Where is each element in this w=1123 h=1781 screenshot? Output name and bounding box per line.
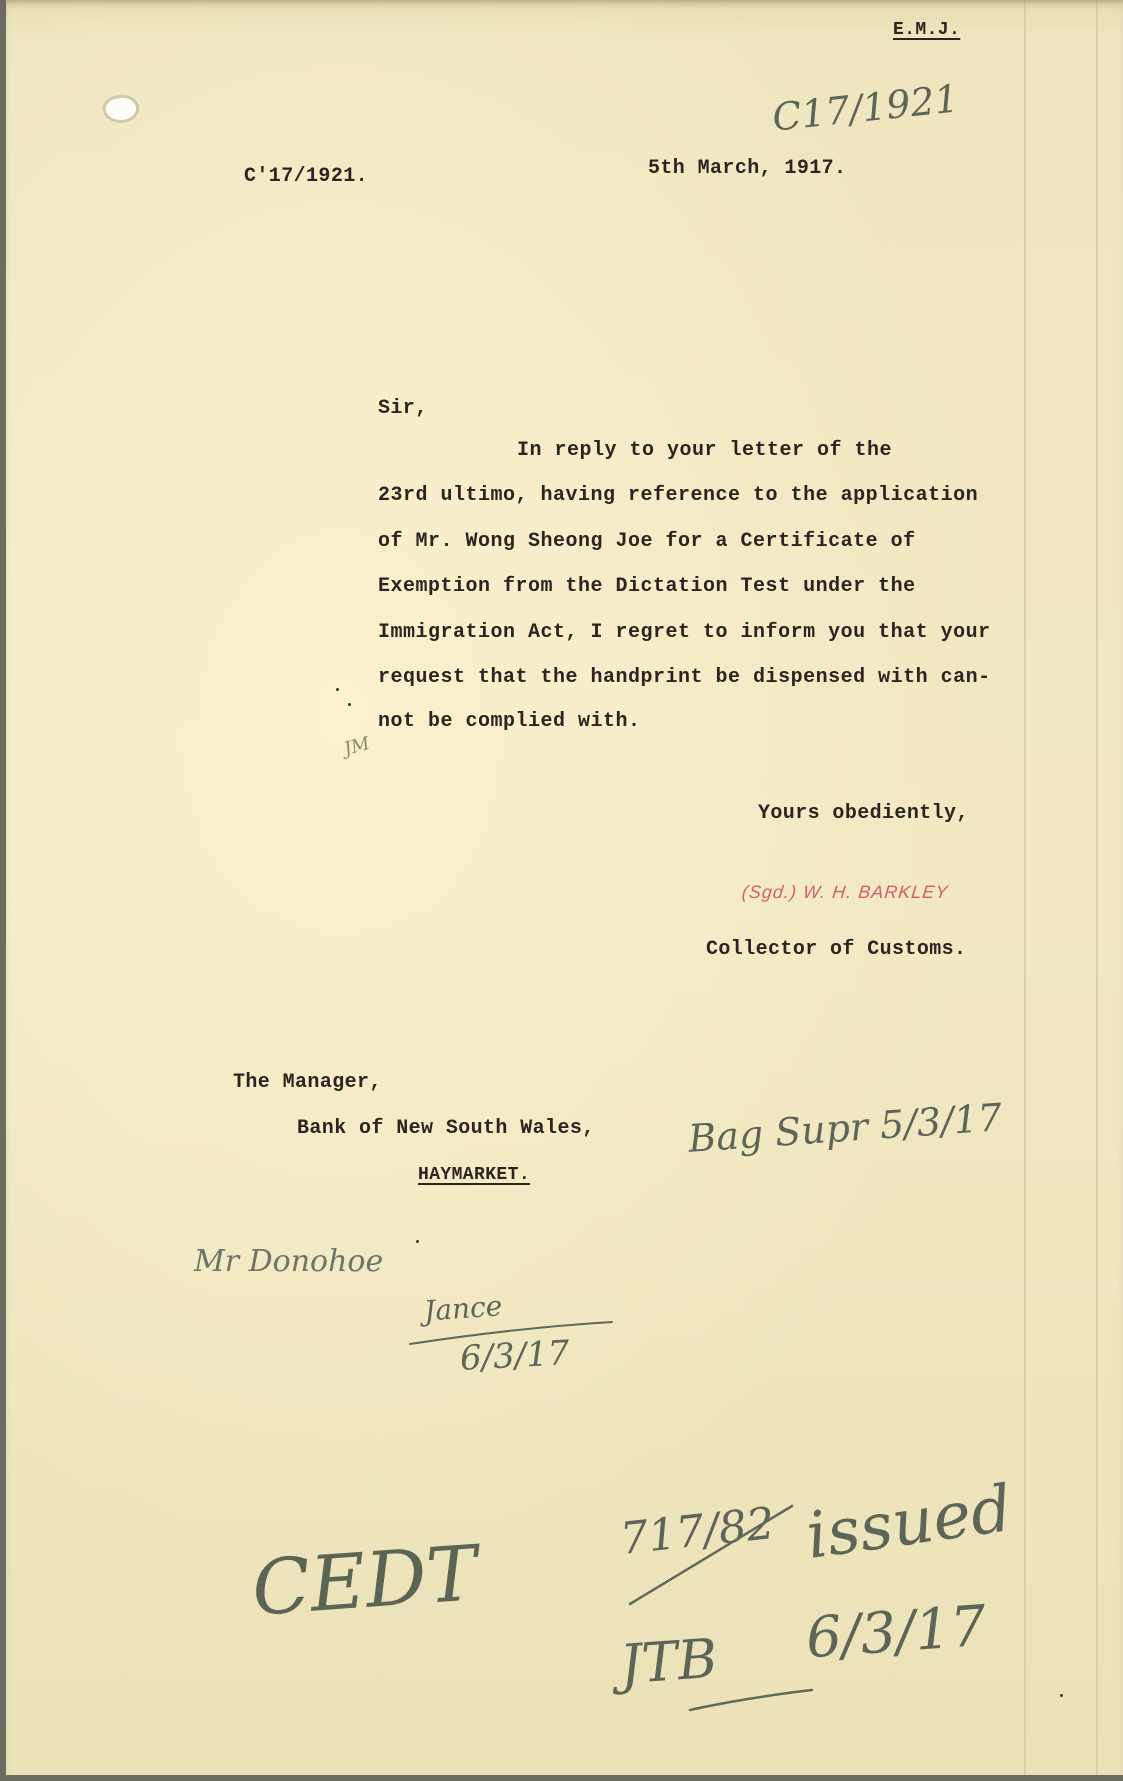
typist-initials: E.M.J.: [893, 20, 960, 40]
file-reference: C'17/1921.: [244, 165, 368, 188]
addressee-line-1: The Manager,: [233, 1071, 382, 1094]
body-line: of Mr. Wong Sheong Joe for a Certificate…: [378, 530, 916, 553]
ink-speck: [348, 703, 351, 706]
salutation: Sir,: [378, 397, 428, 420]
body-line: Immigration Act, I regret to inform you …: [378, 621, 991, 644]
margin-initials: JM: [342, 733, 372, 760]
signatory-title: Collector of Customs.: [706, 938, 966, 961]
certificate-number-slash: [626, 1500, 796, 1610]
paper-fold-line: [1024, 0, 1026, 1775]
ink-speck: [416, 1240, 419, 1243]
body-line: 23rd ultimo, having reference to the app…: [378, 484, 978, 507]
officer-note: Mr Donohoe: [194, 1244, 383, 1279]
certificate-note-suffix: issued: [802, 1472, 1017, 1574]
body-line: In reply to your letter of the: [517, 439, 892, 462]
certificate-date: 6/3/17: [804, 1594, 988, 1671]
body-line: Exemption from the Dictation Test under …: [378, 575, 916, 598]
bag-note: Bag Supr 5/3/17: [687, 1095, 1004, 1161]
addressee-line-3: HAYMARKET.: [418, 1165, 530, 1185]
paper-fold-line: [1096, 0, 1098, 1775]
signature-stamp: (Sgd.) W. H. BARKLEY: [741, 882, 950, 903]
letter-date: 5th March, 1917.: [648, 157, 846, 180]
body-line: not be complied with.: [378, 710, 641, 733]
certificate-note-prefix: CEDT: [249, 1528, 480, 1632]
letter-page: E.M.J. C17/1921 C'17/1921. 5th March, 19…: [6, 0, 1123, 1775]
certificate-initials-underline: [686, 1686, 816, 1716]
ink-speck: [1060, 1694, 1063, 1697]
paper-punch-hole: [104, 95, 138, 123]
addressee-line-2: Bank of New South Wales,: [297, 1117, 595, 1140]
handwritten-file-reference: C17/1921: [770, 76, 961, 139]
ink-speck: [336, 688, 339, 691]
closing: Yours obediently,: [758, 802, 969, 825]
body-line: request that the handprint be dispensed …: [378, 666, 991, 689]
initials-date: 6/3/17: [459, 1333, 570, 1379]
